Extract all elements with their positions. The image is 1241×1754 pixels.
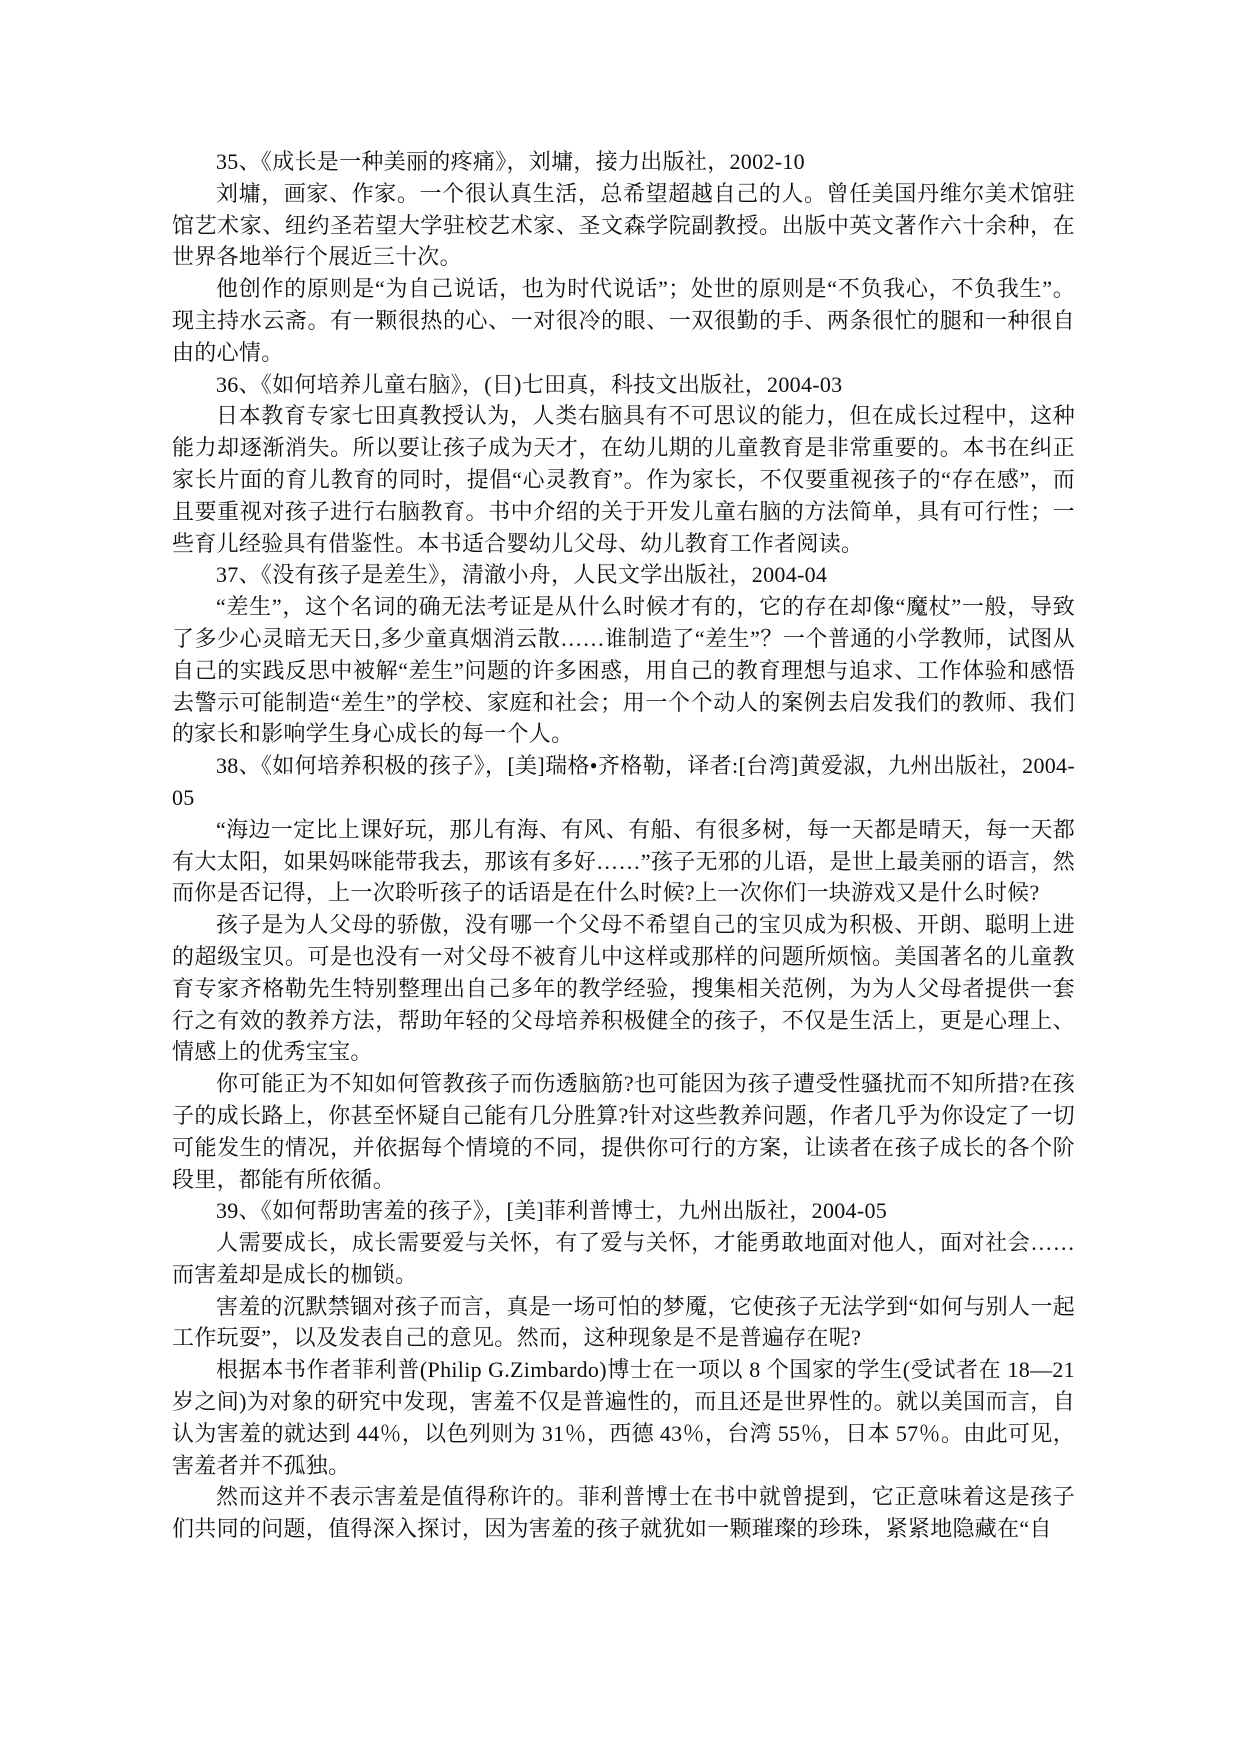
document-body: 35、《成长是一种美丽的疼痛》，刘墉，接力出版社，2002-10 刘墉，画家、作… [172,146,1075,1545]
paragraph: 日本教育专家七田真教授认为，人类右脑具有不可思议的能力，但在成长过程中，这种能力… [172,400,1075,559]
paragraph: 你可能正为不知如何管教孩子而伤透脑筋?也可能因为孩子遭受性骚扰而不知所措?在孩子… [172,1068,1075,1195]
paragraph: 人需要成长，成长需要爱与关怀，有了爱与关怀，才能勇敢地面对他人，面对社会……而害… [172,1227,1075,1291]
book-entry-heading-39: 39、《如何帮助害羞的孩子》，[美]菲利普博士，九州出版社，2004-05 [172,1195,1075,1227]
paragraph: 刘墉，画家、作家。一个很认真生活，总希望超越自己的人。曾任美国丹维尔美术馆驻馆艺… [172,178,1075,273]
paragraph: 然而这并不表示害羞是值得称许的。菲利普博士在书中就曾提到，它正意味着这是孩子们共… [172,1481,1075,1545]
paragraph: “差生”，这个名词的确无法考证是从什么时候才有的，它的存在却像“魔杖”一般，导致… [172,591,1075,750]
document-page: 35、《成长是一种美丽的疼痛》，刘墉，接力出版社，2002-10 刘墉，画家、作… [0,0,1241,1754]
paragraph: “海边一定比上课好玩，那儿有海、有风、有船、有很多树，每一天都是晴天，每一天都有… [172,814,1075,909]
book-entry-heading-37: 37、《没有孩子是差生》，清澈小舟，人民文学出版社，2004-04 [172,559,1075,591]
book-entry-heading-36: 36、《如何培养儿童右脑》，(日)七田真，科技文出版社，2004-03 [172,369,1075,401]
paragraph: 他创作的原则是“为自己说话，也为时代说话”；处世的原则是“不负我心，不负我生”。… [172,273,1075,368]
paragraph: 害羞的沉默禁锢对孩子而言，真是一场可怕的梦魇，它使孩子无法学到“如何与别人一起工… [172,1291,1075,1355]
book-entry-heading-38: 38、《如何培养积极的孩子》，[美]瑞格•齐格勒，译者:[台湾]黄爱淑，九州出版… [172,750,1075,814]
paragraph: 根据本书作者菲利普(Philip G.Zimbardo)博士在一项以 8 个国家… [172,1354,1075,1481]
paragraph: 孩子是为人父母的骄傲，没有哪一个父母不希望自己的宝贝成为积极、开朗、聪明上进的超… [172,909,1075,1068]
book-entry-heading-35: 35、《成长是一种美丽的疼痛》，刘墉，接力出版社，2002-10 [172,146,1075,178]
